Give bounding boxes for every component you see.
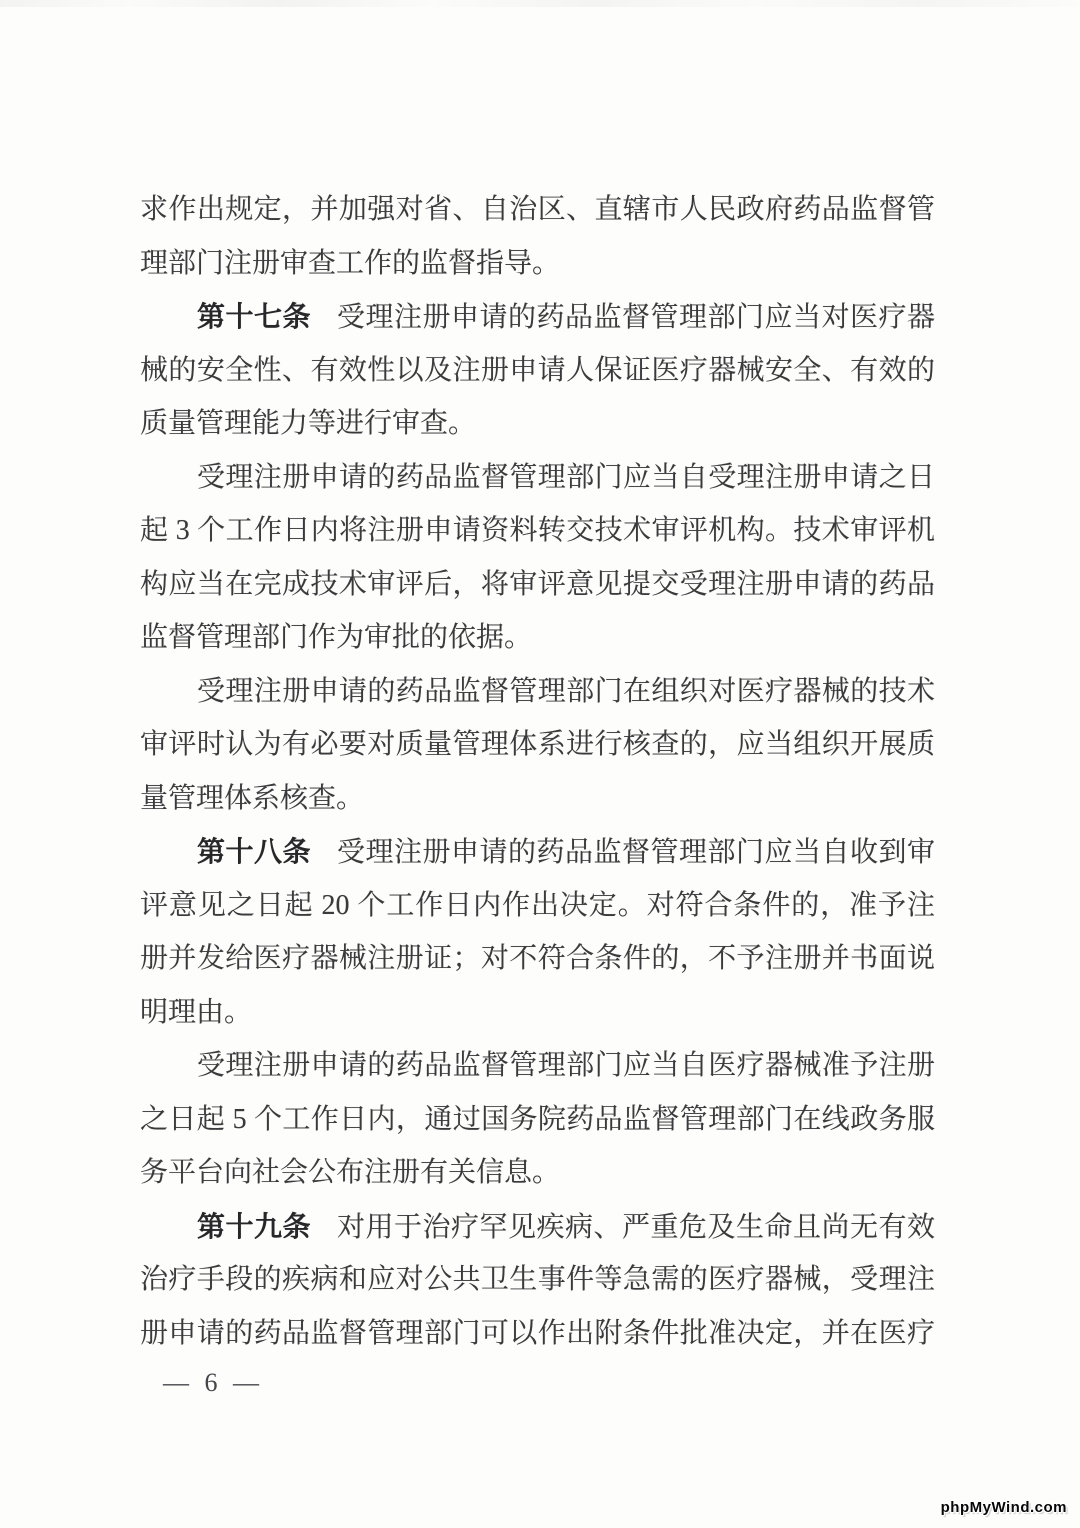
watermark: phpMyWind.com <box>941 1499 1067 1516</box>
document-page: 求作出规定，并加强对省、自治区、直辖市人民政府药品监督管理部门注册审查工作的监督… <box>0 0 1080 1528</box>
text-line: 受理注册申请的药品监督管理部门在组织对医疗器械的技术 <box>140 665 935 719</box>
article-heading: 第十九条 <box>197 1211 311 1242</box>
paragraph: 第十七条受理注册申请的药品监督管理部门应当对医疗器械的安全性、有效性以及注册申请… <box>140 290 935 451</box>
paragraph: 受理注册申请的药品监督管理部门应当自受理注册申请之日起 3 个工作日内将注册申请… <box>140 451 935 665</box>
page-number: — 6 — <box>163 1368 260 1398</box>
paragraph: 受理注册申请的药品监督管理部门应当自医疗器械准予注册之日起 5 个工作日内，通过… <box>140 1039 935 1200</box>
text-line: 求作出规定，并加强对省、自治区、直辖市人民政府药品监督管 <box>140 183 935 237</box>
text-line: 起 3 个工作日内将注册申请资料转交技术审评机构。技术审评机 <box>140 504 935 558</box>
paragraph: 第十九条对用于治疗罕见疾病、严重危及生命且尚无有效治疗手段的疾病和应对公共卫生事… <box>140 1200 935 1361</box>
paragraph: 第十八条受理注册申请的药品监督管理部门应当自收到审评意见之日起 20 个工作日内… <box>140 825 935 1039</box>
text-line: 第十九条对用于治疗罕见疾病、严重危及生命且尚无有效 <box>140 1200 935 1254</box>
text-line: 量管理体系核查。 <box>140 772 935 826</box>
article-heading: 第十七条 <box>197 301 311 332</box>
text-line: 受理注册申请的药品监督管理部门应当自医疗器械准予注册 <box>140 1039 935 1093</box>
text-line: 第十八条受理注册申请的药品监督管理部门应当自收到审 <box>140 825 935 879</box>
text-line: 第十七条受理注册申请的药品监督管理部门应当对医疗器 <box>140 290 935 344</box>
text-line: 之日起 5 个工作日内，通过国务院药品监督管理部门在线政务服 <box>140 1093 935 1147</box>
text-line: 监督管理部门作为审批的依据。 <box>140 611 935 665</box>
text-line: 治疗手段的疾病和应对公共卫生事件等急需的医疗器械，受理注 <box>140 1253 935 1307</box>
text-line: 册并发给医疗器械注册证；对不符合条件的，不予注册并书面说 <box>140 932 935 986</box>
article-heading: 第十八条 <box>197 836 311 867</box>
text-line: 构应当在完成技术审评后，将审评意见提交受理注册申请的药品 <box>140 558 935 612</box>
text-line: 明理由。 <box>140 986 935 1040</box>
text-line: 审评时认为有必要对质量管理体系进行核查的，应当组织开展质 <box>140 718 935 772</box>
text-line: 评意见之日起 20 个工作日内作出决定。对符合条件的，准予注 <box>140 879 935 933</box>
text-line: 册申请的药品监督管理部门可以作出附条件批准决定，并在医疗 <box>140 1307 935 1361</box>
text-line: 务平台向社会公布注册有关信息。 <box>140 1146 935 1200</box>
text-line: 质量管理能力等进行审查。 <box>140 397 935 451</box>
document-body: 求作出规定，并加强对省、自治区、直辖市人民政府药品监督管理部门注册审查工作的监督… <box>140 183 935 1360</box>
paragraph: 受理注册申请的药品监督管理部门在组织对医疗器械的技术审评时认为有必要对质量管理体… <box>140 665 935 826</box>
text-line: 械的安全性、有效性以及注册申请人保证医疗器械安全、有效的 <box>140 344 935 398</box>
text-line: 受理注册申请的药品监督管理部门应当自受理注册申请之日 <box>140 451 935 505</box>
text-line: 理部门注册审查工作的监督指导。 <box>140 237 935 291</box>
paragraph: 求作出规定，并加强对省、自治区、直辖市人民政府药品监督管理部门注册审查工作的监督… <box>140 183 935 290</box>
